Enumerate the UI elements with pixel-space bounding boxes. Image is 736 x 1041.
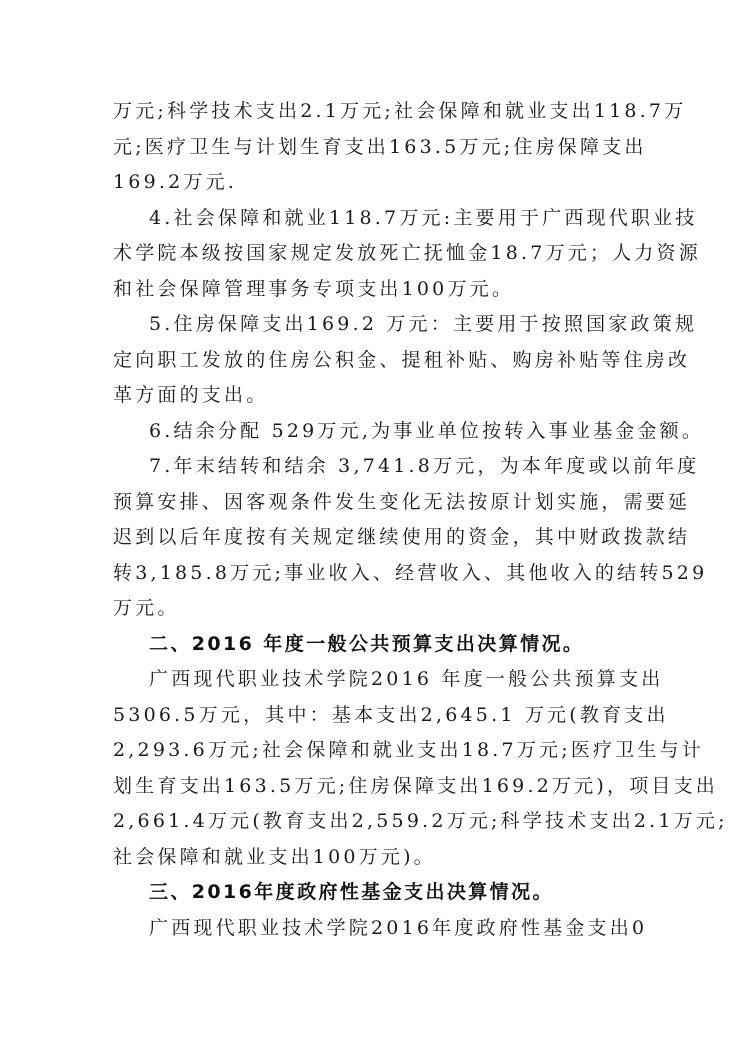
text-line: 2,293.6万元;社会保障和就业支出18.7万元;医疗卫生与计 [113, 733, 633, 769]
section-heading-3: 三、2016年度政府性基金支出决算情况。 [113, 875, 633, 911]
document-page: 万元;科学技术支出2.1万元;社会保障和就业支出118.7万 元;医疗卫生与计划… [113, 94, 633, 946]
text-line: 元;医疗卫生与计划生育支出163.5万元;住房保障支出 [113, 130, 633, 166]
text-line: 迟到以后年度按有关规定继续使用的资金，其中财政拨款结 [113, 520, 633, 556]
text-line: 划生育支出163.5万元;住房保障支出169.2万元)，项目支出 [113, 769, 633, 805]
text-line: 预算安排、因客观条件发生变化无法按原计划实施，需要延 [113, 485, 633, 521]
text-line: 万元。 [113, 591, 633, 627]
paragraph-4-start: 4.社会保障和就业118.7万元:主要用于广西现代职业技 [113, 201, 633, 237]
text-line: 革方面的支出。 [113, 378, 633, 414]
text-line: 社会保障和就业支出100万元)。 [113, 840, 633, 876]
text-line: 万元;科学技术支出2.1万元;社会保障和就业支出118.7万 [113, 94, 633, 130]
paragraph-6: 6.结余分配 529万元,为事业单位按转入事业基金金额。 [113, 414, 633, 450]
paragraph-5-start: 5.住房保障支出169.2 万元：主要用于按照国家政策规 [113, 307, 633, 343]
section-heading-2: 二、2016 年度一般公共预算支出决算情况。 [113, 627, 633, 663]
paragraph-7-start: 7.年末结转和结余 3,741.8万元，为本年度或以前年度 [113, 449, 633, 485]
text-line: 5306.5万元，其中：基本支出2,645.1 万元(教育支出 [113, 698, 633, 734]
text-line: 169.2万元. [113, 165, 633, 201]
section-3-paragraph-start: 广西现代职业技术学院2016年度政府性基金支出0 [113, 911, 633, 947]
section-2-paragraph-start: 广西现代职业技术学院2016 年度一般公共预算支出 [113, 662, 633, 698]
text-line: 2,661.4万元(教育支出2,559.2万元;科学技术支出2.1万元; [113, 804, 633, 840]
text-line: 转3,185.8万元;事业收入、经营收入、其他收入的结转529 [113, 556, 633, 592]
text-line: 和社会保障管理事务专项支出100万元。 [113, 272, 633, 308]
text-line: 定向职工发放的住房公积金、提租补贴、购房补贴等住房改 [113, 343, 633, 379]
text-line: 术学院本级按国家规定发放死亡抚恤金18.7万元；人力资源 [113, 236, 633, 272]
